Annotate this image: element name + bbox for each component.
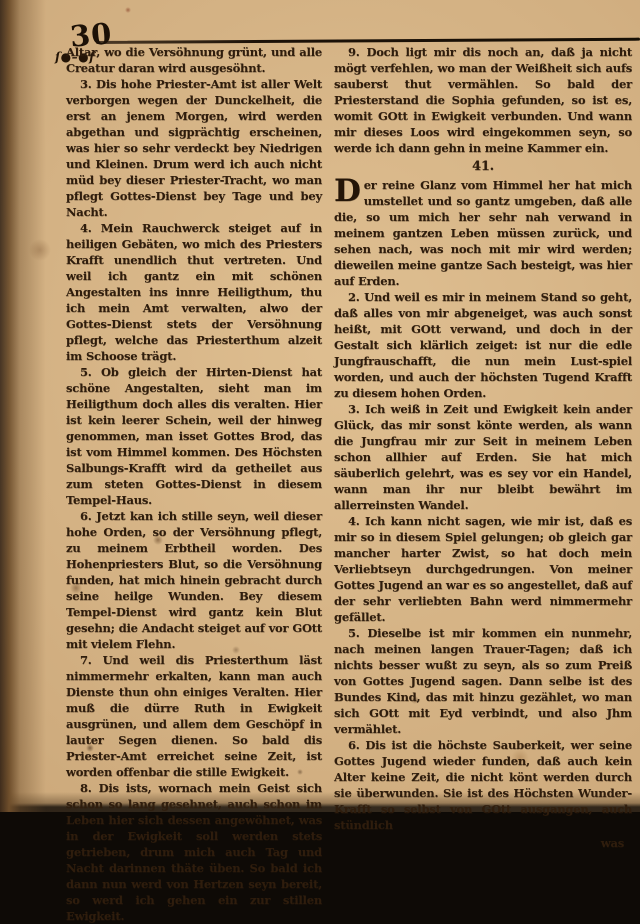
right-text-column: 9. Doch ligt mir dis noch an, daß ja nic… bbox=[334, 44, 632, 812]
drop-cap: D bbox=[334, 177, 364, 205]
paragraph: 4. Mein Rauchwerck steiget auf in heilig… bbox=[66, 220, 322, 364]
paragraph: 9. Doch ligt mir dis noch an, daß ja nic… bbox=[334, 44, 632, 156]
paragraph: 6. Jetzt kan ich stille seyn, weil diese… bbox=[66, 508, 322, 652]
paragraph-continuation: Altar, wo die Versöhnung grünt, und alle… bbox=[66, 44, 322, 76]
left-text-column: Altar, wo die Versöhnung grünt, und alle… bbox=[66, 44, 322, 812]
book-page: 30 ſ●–●ſ Altar, wo die Versöhnung grünt,… bbox=[0, 0, 640, 812]
paragraph: 6. Dis ist die höchste Sauberkeit, wer s… bbox=[334, 737, 632, 812]
paragraph: 8. Dis ists, wornach mein Geist sich sch… bbox=[66, 780, 322, 812]
paragraph: 5. Dieselbe ist mir kommen ein nunmehr, … bbox=[334, 625, 632, 737]
paragraph: 2. Und weil es mir in meinem Stand so ge… bbox=[334, 289, 632, 401]
paragraph: 3. Ich weiß in Zeit und Ewigkeit kein an… bbox=[334, 401, 632, 513]
paragraph: 3. Dis hohe Priester-Amt ist aller Welt … bbox=[66, 76, 322, 220]
paragraph-dropcap: Der reine Glanz vom Himmel her hat mich … bbox=[334, 177, 632, 289]
paragraph: 7. Und weil dis Priesterthum läst nimmer… bbox=[66, 652, 322, 780]
hymn-number: 41. bbox=[334, 156, 632, 177]
paragraph: 4. Ich kann nicht sagen, wie mir ist, da… bbox=[334, 513, 632, 625]
paragraph: 5. Ob gleich der Hirten-Dienst hat schön… bbox=[66, 364, 322, 508]
paragraph-text: er reine Glanz vom Himmel her hat mich u… bbox=[334, 178, 632, 288]
